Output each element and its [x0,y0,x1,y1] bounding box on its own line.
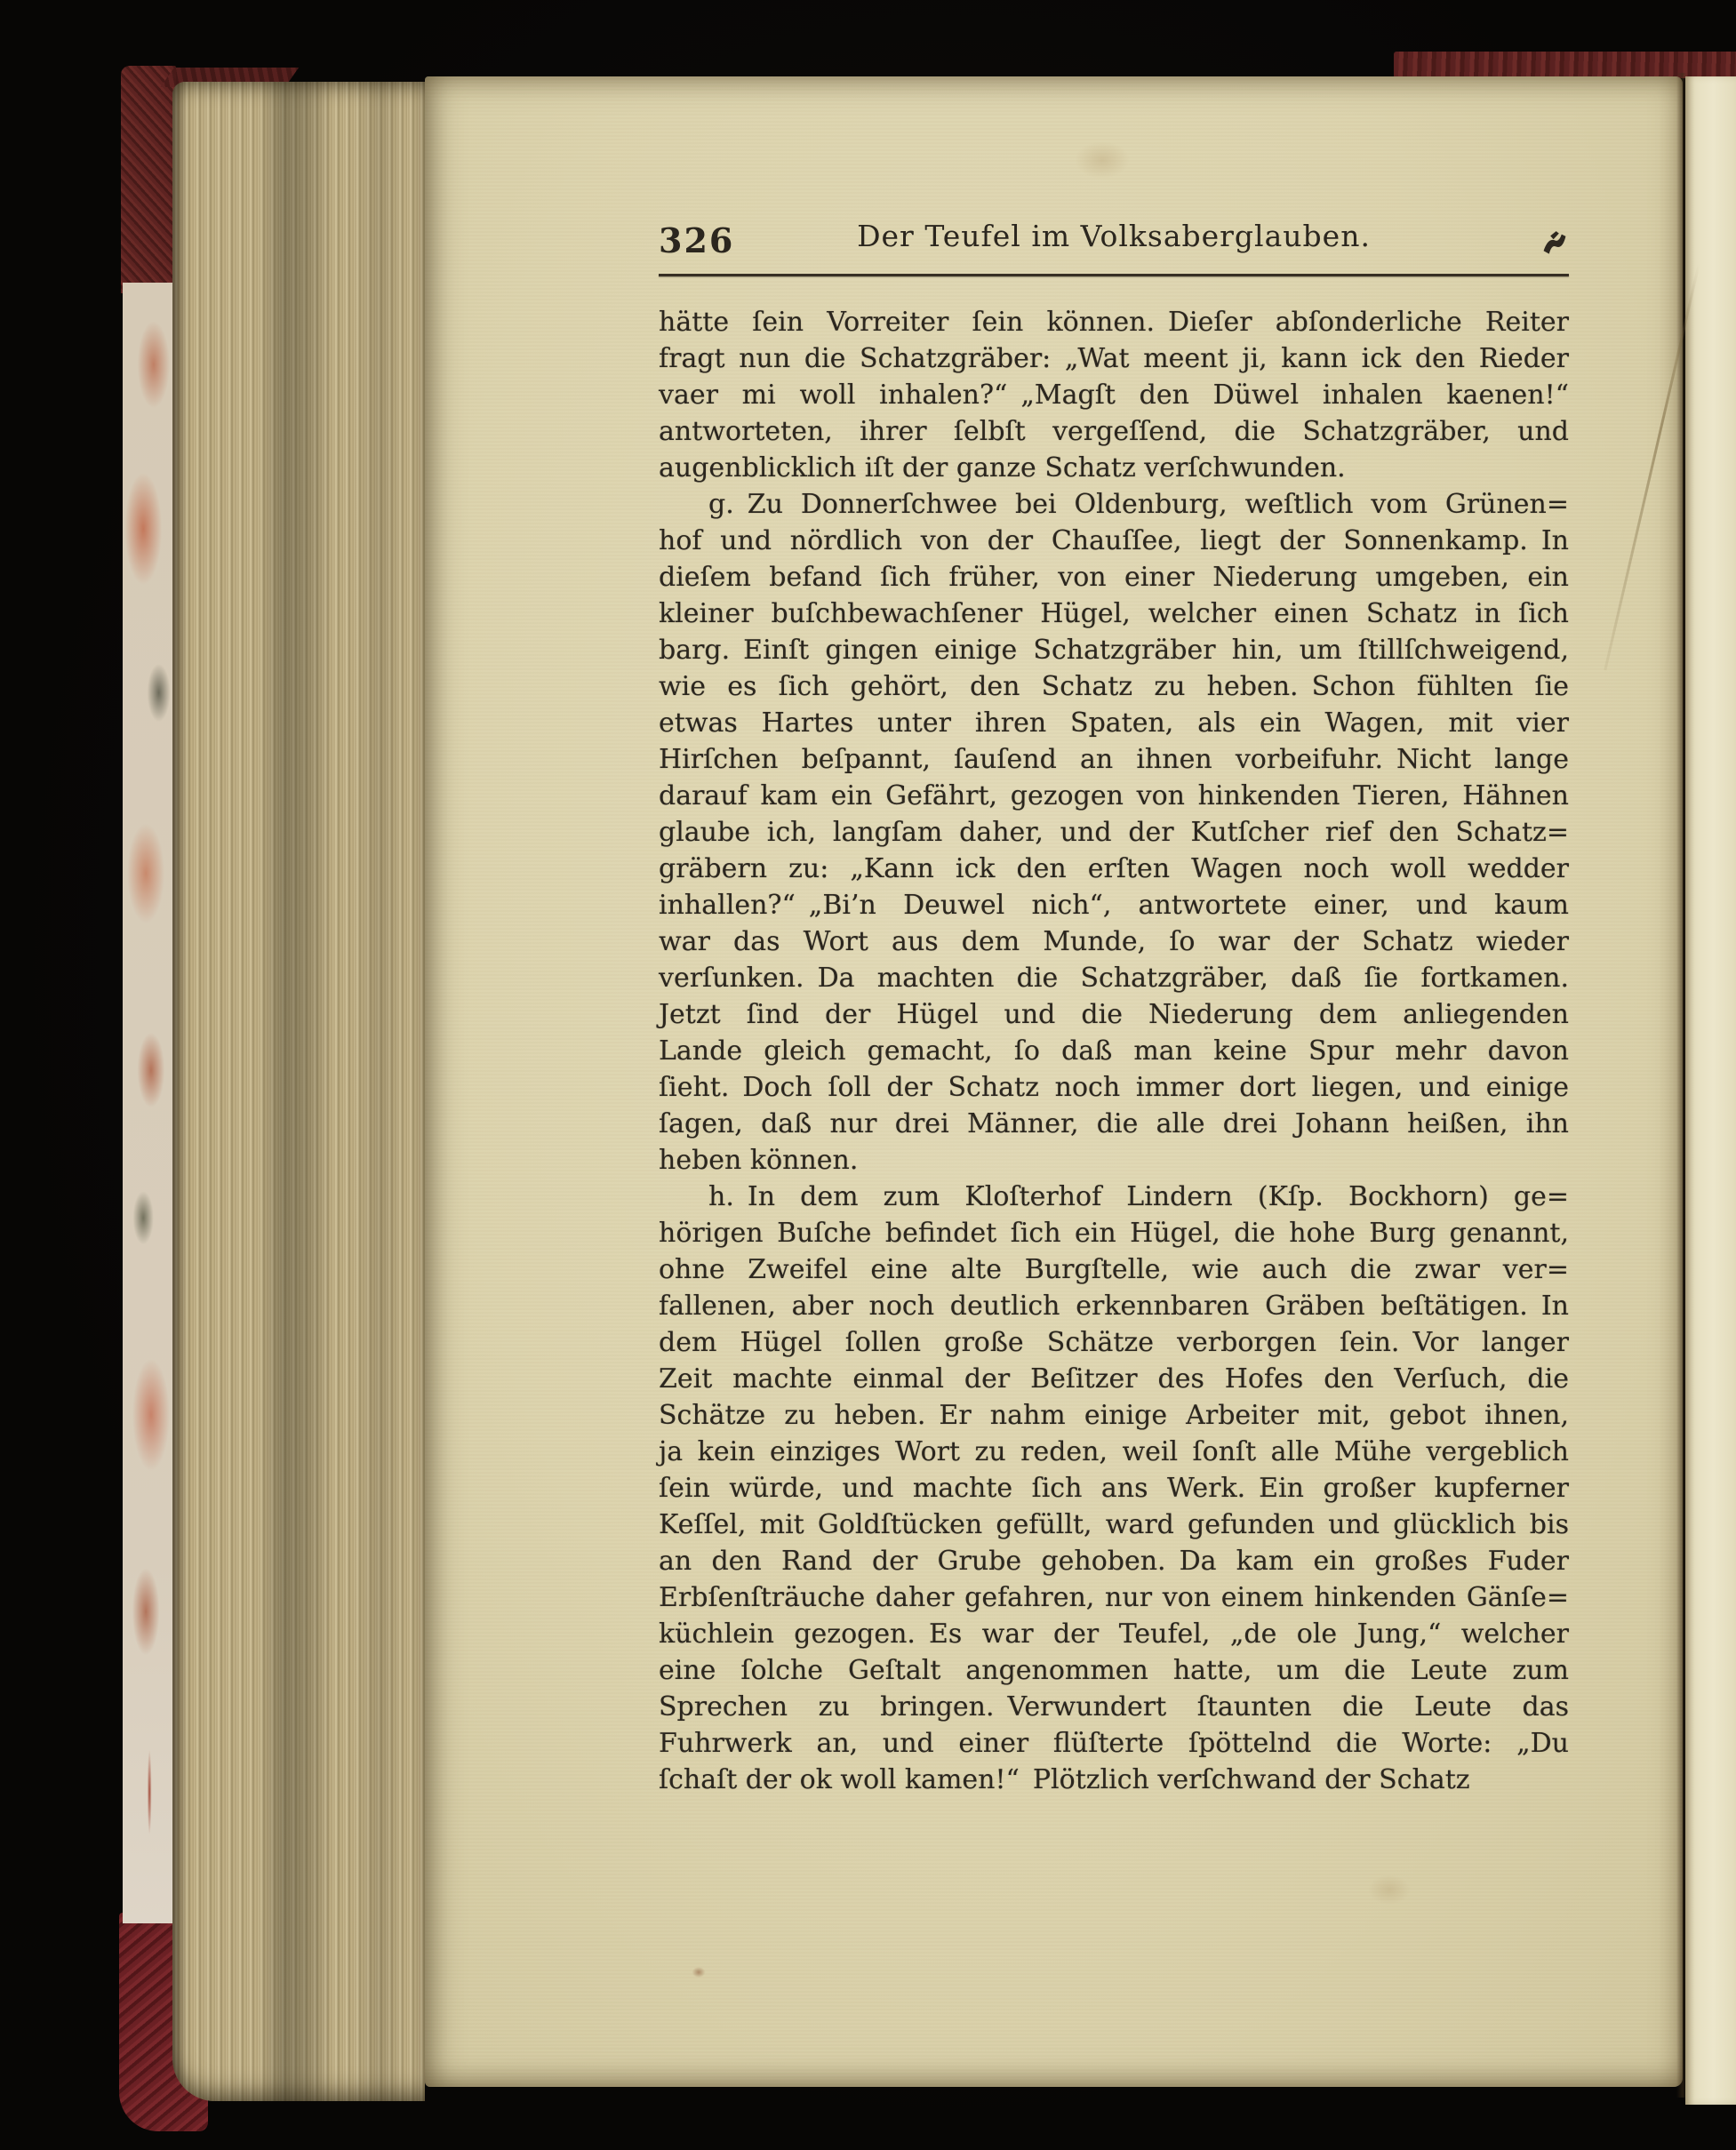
text-line: gräbern zu: „Kann ick den erſten Wagen n… [659,851,1569,887]
text-line: darauf kam ein Gefährt, gezogen von hink… [659,778,1569,814]
text-line: etwas Hartes unter ihren Spaten, als ein… [659,705,1569,741]
text-line: dieſem befand ſich früher, von einer Nie… [659,559,1569,595]
book-photograph-scene: 326 Der Teufel im Volksaberglauben. hätt… [0,0,1736,2150]
printers-mark-icon [1537,226,1571,258]
text-line: heben können. [659,1142,1569,1179]
text-line: Keſſel, mit Goldſtücken gefüllt, ward ge… [659,1507,1569,1543]
text-line: hof und nördlich von der Chauſſee, liegt… [659,523,1569,559]
text-line: war das Wort aus dem Munde, ſo war der S… [659,923,1569,960]
body-text: hätte ſein Vorreiter ſein können. Dieſer… [659,304,1569,1798]
text-line: Zeit machte einmal der Beſitzer des Hofe… [659,1361,1569,1397]
text-line: verſunken. Da machten die Schatzgräber, … [659,960,1569,996]
text-line: g. Zu Donnerſchwee bei Oldenburg, weſtli… [659,486,1569,523]
text-line: kleiner buſchbewachſener Hügel, welcher … [659,595,1569,632]
marbled-endpaper-edge [123,283,174,1923]
text-line: barg. Einſt gingen einige Schatzgräber h… [659,632,1569,668]
text-line: an den Rand der Grube gehoben. Da kam ei… [659,1543,1569,1579]
text-line: Sprechen zu bringen. Verwundert ſtaunten… [659,1689,1569,1725]
facing-page-edge [1685,76,1736,2105]
text-line: Hirſchen beſpannt, ſauſend an ihnen vorb… [659,741,1569,778]
text-line: ohne Zweifel eine alte Burgſtelle, wie a… [659,1251,1569,1288]
text-line: antworteten, ihrer ſelbſt vergeſſend, di… [659,413,1569,450]
text-line: augenblicklich iſt der ganze Schatz verſ… [659,450,1569,486]
text-line: eine ſolche Geſtalt angenommen hatte, um… [659,1652,1569,1689]
text-line: fragt nun die Schatzgräber: „Wat meent j… [659,340,1569,377]
text-line: vaer mi woll inhalen?“ „Magſt den Düwel … [659,377,1569,413]
text-line: ja kein einziges Wort zu reden, weil ſon… [659,1434,1569,1470]
text-line: Jetzt ſind der Hügel und die Niederung d… [659,996,1569,1033]
text-line: ſchaſt der ok woll kamen!“ Plötzlich ver… [659,1762,1569,1798]
text-line: hörigen Buſche befindet ſich ein Hügel, … [659,1215,1569,1251]
text-line: fallenen, aber noch deutlich erkennbaren… [659,1288,1569,1324]
text-line: ſein würde, und machte ſich ans Werk. Ei… [659,1470,1569,1507]
text-line: inhallen?“ „Bi’n Deuwel nich“, antwortet… [659,887,1569,923]
text-line: h. In dem zum Kloſterhof Lindern (Kſp. B… [659,1179,1569,1215]
text-line: Schätze zu heben. Er nahm einige Arbeite… [659,1397,1569,1434]
text-line: wie es ſich gehört, den Schatz zu heben.… [659,668,1569,705]
paragraph: hätte ſein Vorreiter ſein können. Dieſer… [659,304,1569,486]
page-number: 326 [659,220,734,260]
text-line: hätte ſein Vorreiter ſein können. Dieſer… [659,304,1569,340]
header-rule [659,274,1569,276]
text-line: dem Hügel ſollen große Schätze verborgen… [659,1324,1569,1361]
paragraph: g. Zu Donnerſchwee bei Oldenburg, weſtli… [659,486,1569,1179]
text-line: ſagen, daß nur drei Männer, die alle dre… [659,1106,1569,1142]
text-line: glaube ich, langſam daher, und der Kutſc… [659,814,1569,851]
text-line: küchlein gezogen. Es war der Teufel, „de… [659,1616,1569,1652]
text-line: ſieht. Doch ſoll der Schatz noch immer d… [659,1069,1569,1106]
text-line: Lande gleich gemacht, ſo daß man keine S… [659,1033,1569,1069]
text-line: Erbſenſträuche daher gefahren, nur von e… [659,1579,1569,1616]
running-head: 326 Der Teufel im Volksaberglauben. [659,219,1569,265]
book-page: 326 Der Teufel im Volksaberglauben. hätt… [425,76,1683,2087]
fanned-page-edges [172,82,425,2101]
text-line: Fuhrwerk an, und einer flüſterte ſpöttel… [659,1725,1569,1762]
paragraph: h. In dem zum Kloſterhof Lindern (Kſp. B… [659,1179,1569,1798]
leather-cover-corner-top-left [121,66,176,293]
page-title: Der Teufel im Volksaberglauben. [659,219,1569,253]
